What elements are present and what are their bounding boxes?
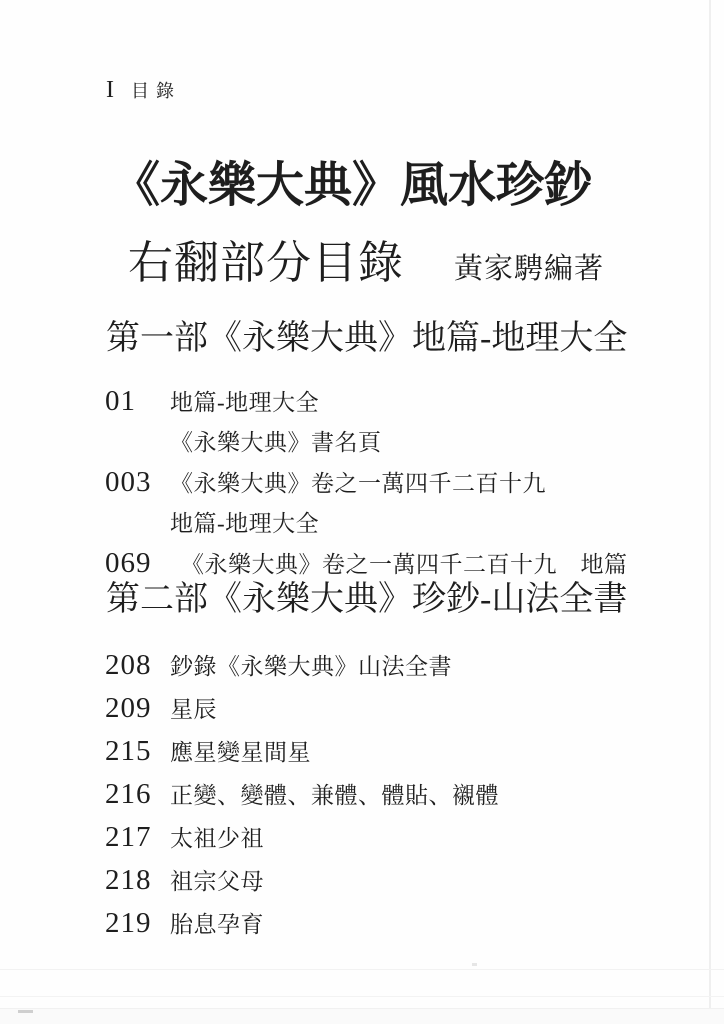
scanned-toc-page: I目錄 《永樂大典》風水珍鈔 右翻部分目錄黃家騁編著 第一部《永樂大典》地篇-地… — [0, 0, 724, 1024]
toc-entry-title: 太祖少祖 — [170, 826, 264, 851]
toc-entry-title: 星辰 — [170, 697, 217, 722]
toc-entry: 003《永樂大典》卷之一萬四千二百十九 — [105, 464, 628, 505]
subtitle-row: 右翻部分目錄黃家騁編著 — [128, 241, 604, 286]
scan-artifact-horizontal-line — [0, 996, 724, 997]
scan-artifact-horizontal-line — [0, 969, 724, 970]
toc-entry: 地篇-地理大全 — [105, 505, 628, 545]
running-header: I目錄 — [106, 78, 181, 102]
toc-entry-title: 胎息孕育 — [170, 912, 264, 937]
scan-artifact-vertical-line — [709, 0, 711, 1024]
book-title: 《永樂大典》風水珍鈔 — [112, 162, 592, 210]
toc-entry-title: 地篇-地理大全 — [170, 390, 319, 415]
toc-entry-page-number: 215 — [105, 732, 170, 770]
toc-entry: 217太祖少祖 — [105, 818, 499, 861]
toc-entry: 219胎息孕育 — [105, 904, 499, 947]
toc-entry-title: 正變、變體、兼體、體貼、襯體 — [170, 783, 499, 808]
toc-entry-title: 祖宗父母 — [170, 869, 264, 894]
toc-entry-page-number: 219 — [105, 904, 170, 942]
toc-entry-page-number: 01 — [105, 383, 170, 420]
scan-artifact-speck — [472, 963, 477, 966]
toc-entry: 216正變、變體、兼體、體貼、襯體 — [105, 775, 499, 818]
toc-entry-page-number: 218 — [105, 861, 170, 899]
toc-list-section-1: 01地篇-地理大全 《永樂大典》書名頁 003《永樂大典》卷之一萬四千二百十九 … — [105, 383, 628, 586]
toc-entry-page-number: 217 — [105, 818, 170, 856]
toc-entry-page-number: 069 — [105, 545, 170, 582]
toc-entry: 218祖宗父母 — [105, 861, 499, 904]
book-subtitle: 右翻部分目錄 — [128, 238, 404, 288]
toc-entry: 069《永樂大典》卷之一萬四千二百十九 地篇 — [105, 545, 628, 586]
toc-entry: 209星辰 — [105, 689, 499, 732]
toc-entry-page-number: 209 — [105, 689, 170, 727]
section-1-heading: 第一部《永樂大典》地篇-地理大全 — [106, 320, 627, 359]
toc-entry-page-number: 003 — [105, 464, 170, 501]
toc-entry: 01地篇-地理大全 — [105, 383, 628, 424]
toc-entry-title: 《永樂大典》書名頁 — [170, 430, 382, 455]
author-byline: 黃家騁編著 — [454, 253, 604, 285]
toc-entry-title: 應星變星間星 — [170, 740, 311, 765]
toc-entry-title: 地篇-地理大全 — [170, 511, 319, 536]
toc-entry-page-number: 216 — [105, 775, 170, 813]
toc-entry: 215應星變星間星 — [105, 732, 499, 775]
toc-entry: 208鈔錄《永樂大典》山法全書 — [105, 646, 499, 689]
page-number: I — [106, 77, 115, 103]
toc-entry-page-number: 208 — [105, 646, 170, 684]
scan-artifact-speck — [18, 1010, 33, 1013]
section-2-heading: 第二部《永樂大典》珍鈔-山法全書 — [106, 581, 627, 620]
toc-entry-title: 《永樂大典》卷之一萬四千二百十九 — [170, 471, 546, 496]
scan-artifact-bottom-band — [0, 1008, 724, 1024]
toc-entry-title: 《永樂大典》卷之一萬四千二百十九 地篇 — [170, 552, 628, 577]
toc-list-section-2: 208鈔錄《永樂大典》山法全書 209星辰 215應星變星間星 216正變、變體… — [105, 646, 499, 947]
toc-entry: 《永樂大典》書名頁 — [105, 424, 628, 464]
running-header-title: 目錄 — [131, 81, 181, 101]
toc-entry-title: 鈔錄《永樂大典》山法全書 — [170, 654, 452, 679]
